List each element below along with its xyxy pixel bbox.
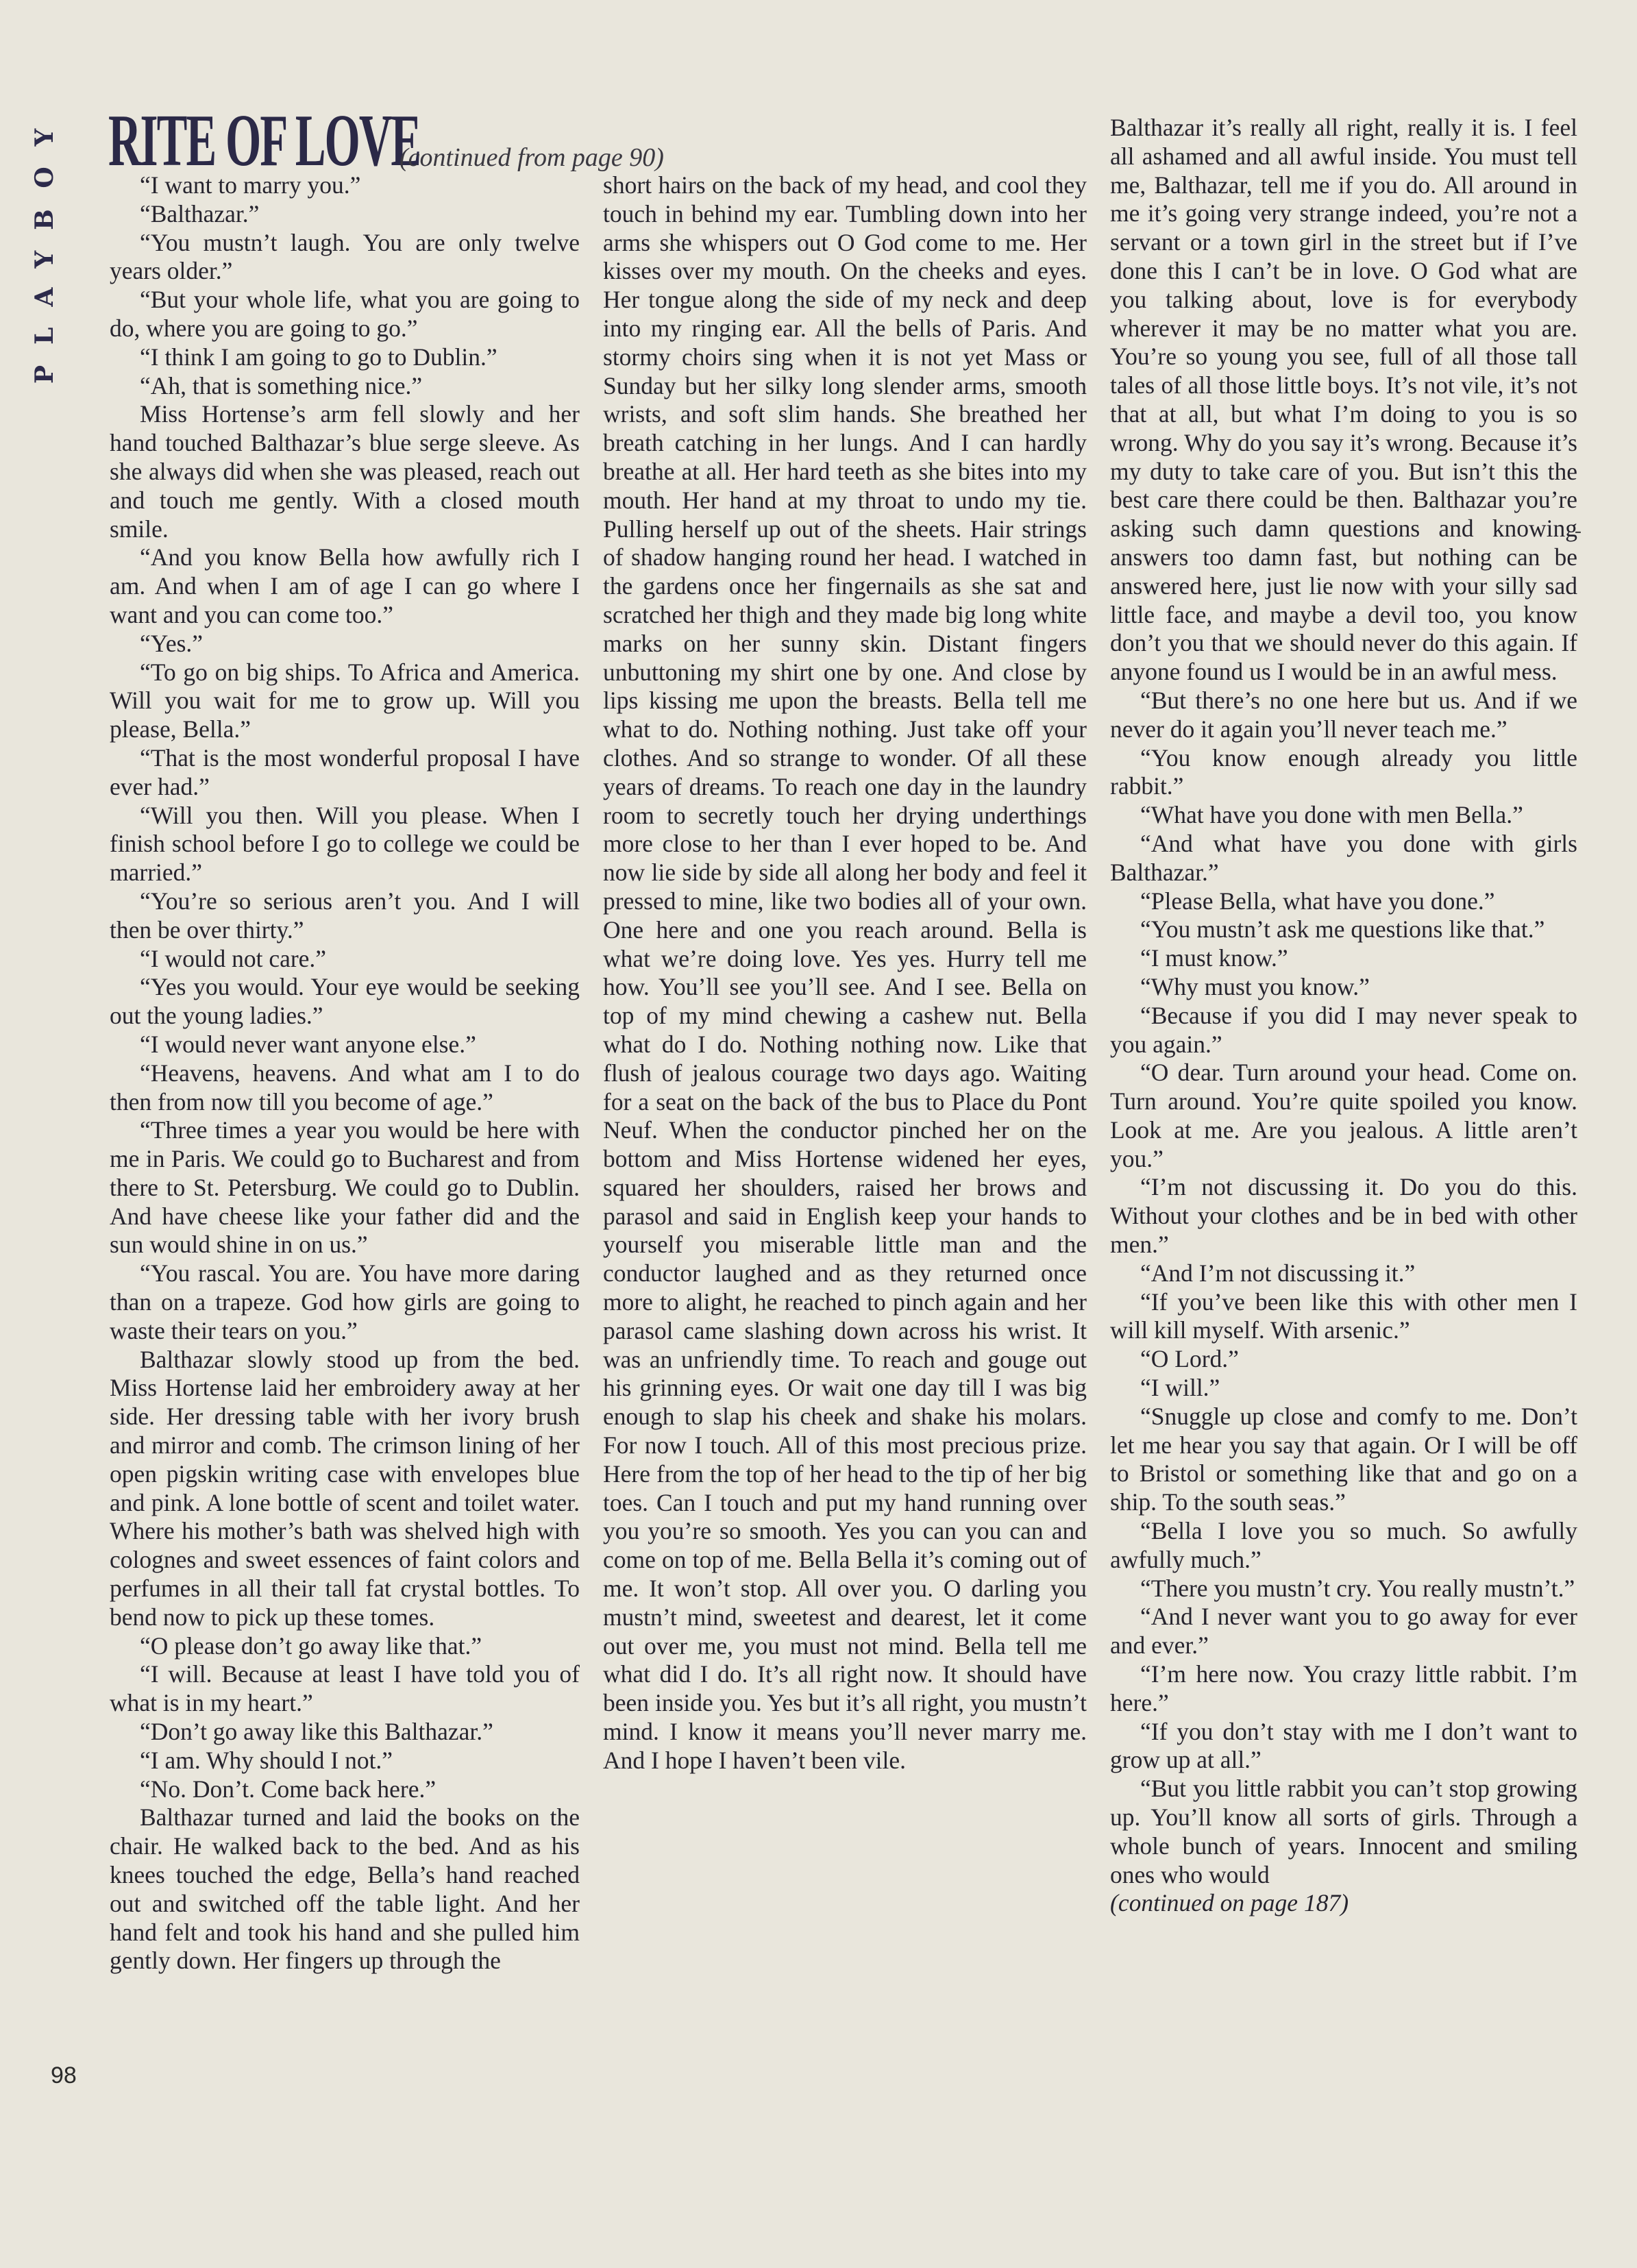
text-column-middle: short hairs on the back of my head, and … bbox=[603, 171, 1087, 1775]
paragraph: “I’m not discussing it. Do you do this. … bbox=[1110, 1173, 1577, 1259]
paragraph: “That is the most wonderful proposal I h… bbox=[110, 744, 580, 802]
paragraph: “I want to marry you.” bbox=[110, 171, 580, 200]
paragraph: “Don’t go away like this Balthazar.” bbox=[110, 1718, 580, 1747]
paragraph: “Will you then. Will you please. When I … bbox=[110, 802, 580, 887]
paragraph: “Because if you did I may never speak to… bbox=[1110, 1002, 1577, 1059]
paragraph: “I will. Because at least I have told yo… bbox=[110, 1660, 580, 1718]
running-head-magazine-name: PLAYBOY bbox=[30, 108, 59, 384]
article-title: RITE OF LOVE bbox=[108, 110, 420, 173]
paragraph: “To go on big ships. To Africa and Ameri… bbox=[110, 658, 580, 744]
continued-on-note: (continued on page 187) bbox=[1110, 1889, 1577, 1918]
print-speck: - bbox=[1575, 519, 1581, 543]
paragraph: “What have you done with men Bella.” bbox=[1110, 801, 1577, 830]
paragraph: “Please Bella, what have you done.” bbox=[1110, 887, 1577, 916]
paragraph: “Bella I love you so much. So awfully aw… bbox=[1110, 1517, 1577, 1575]
paragraph: “No. Don’t. Come back here.” bbox=[110, 1775, 580, 1804]
paragraph: “O dear. Turn around your head. Come on.… bbox=[1110, 1059, 1577, 1173]
article-header: RITE OF LOVE (continued from page 90) bbox=[108, 110, 611, 173]
paragraph: “Yes.” bbox=[110, 630, 580, 658]
paragraph: “I will.” bbox=[1110, 1374, 1577, 1403]
paragraph: “I would never want anyone else.” bbox=[110, 1031, 580, 1059]
paragraph: “And you know Bella how awfully rich I a… bbox=[110, 543, 580, 629]
paragraph: “But there’s no one here but us. And if … bbox=[1110, 687, 1577, 744]
paragraph: “You mustn’t ask me questions like that.… bbox=[1110, 915, 1577, 944]
text-column-right: Balthazar it’s really all right, really … bbox=[1110, 114, 1577, 1918]
paragraph: Miss Hortense’s arm fell slowly and her … bbox=[110, 400, 580, 543]
paragraph: Balthazar turned and laid the books on t… bbox=[110, 1803, 580, 1975]
paragraph: “I think I am going to go to Dublin.” bbox=[110, 343, 580, 372]
paragraph: short hairs on the back of my head, and … bbox=[603, 171, 1087, 1775]
paragraph: “There you mustn’t cry. You really mustn… bbox=[1110, 1575, 1577, 1603]
paragraph: “O Lord.” bbox=[1110, 1345, 1577, 1374]
paragraph: “I must know.” bbox=[1110, 944, 1577, 973]
paragraph: “If you’ve been like this with other men… bbox=[1110, 1288, 1577, 1346]
paragraph: “But you little rabbit you can’t stop gr… bbox=[1110, 1775, 1577, 1889]
paragraph: “Yes you would. Your eye would be seekin… bbox=[110, 973, 580, 1031]
paragraph: “Why must you know.” bbox=[1110, 973, 1577, 1002]
paragraph: Balthazar slowly stood up from the bed. … bbox=[110, 1346, 580, 1632]
paragraph: “If you don’t stay with me I don’t want … bbox=[1110, 1718, 1577, 1775]
paragraph: “You mustn’t laugh. You are only twelve … bbox=[110, 229, 580, 286]
text-column-left: “I want to marry you.”“Balthazar.”“You m… bbox=[110, 171, 580, 1975]
paragraph: “Ah, that is something nice.” bbox=[110, 372, 580, 401]
paragraph: “Three times a year you would be here wi… bbox=[110, 1116, 580, 1259]
paragraph: “I’m here now. You crazy little rabbit. … bbox=[1110, 1660, 1577, 1718]
paragraph: Balthazar it’s really all right, really … bbox=[1110, 114, 1577, 687]
continued-from-note: (continued from page 90) bbox=[399, 143, 664, 173]
paragraph: “Snuggle up close and comfy to me. Don’t… bbox=[1110, 1403, 1577, 1517]
paragraph: “I would not care.” bbox=[110, 945, 580, 974]
paragraph: “You know enough already you little rabb… bbox=[1110, 744, 1577, 802]
paragraph: “Heavens, heavens. And what am I to do t… bbox=[110, 1059, 580, 1117]
paragraph: “I am. Why should I not.” bbox=[110, 1747, 580, 1775]
paragraph: “But your whole life, what you are going… bbox=[110, 286, 580, 343]
paragraph: “You rascal. You are. You have more dari… bbox=[110, 1259, 580, 1345]
paragraph: “And I’m not discussing it.” bbox=[1110, 1259, 1577, 1288]
paragraph: “You’re so serious aren’t you. And I wil… bbox=[110, 887, 580, 945]
page-number: 98 bbox=[51, 2062, 77, 2089]
paragraph: “O please don’t go away like that.” bbox=[110, 1632, 580, 1661]
paragraph: “Balthazar.” bbox=[110, 200, 580, 229]
paragraph: “And what have you done with girls Balth… bbox=[1110, 830, 1577, 887]
paragraph: “And I never want you to go away for eve… bbox=[1110, 1603, 1577, 1660]
